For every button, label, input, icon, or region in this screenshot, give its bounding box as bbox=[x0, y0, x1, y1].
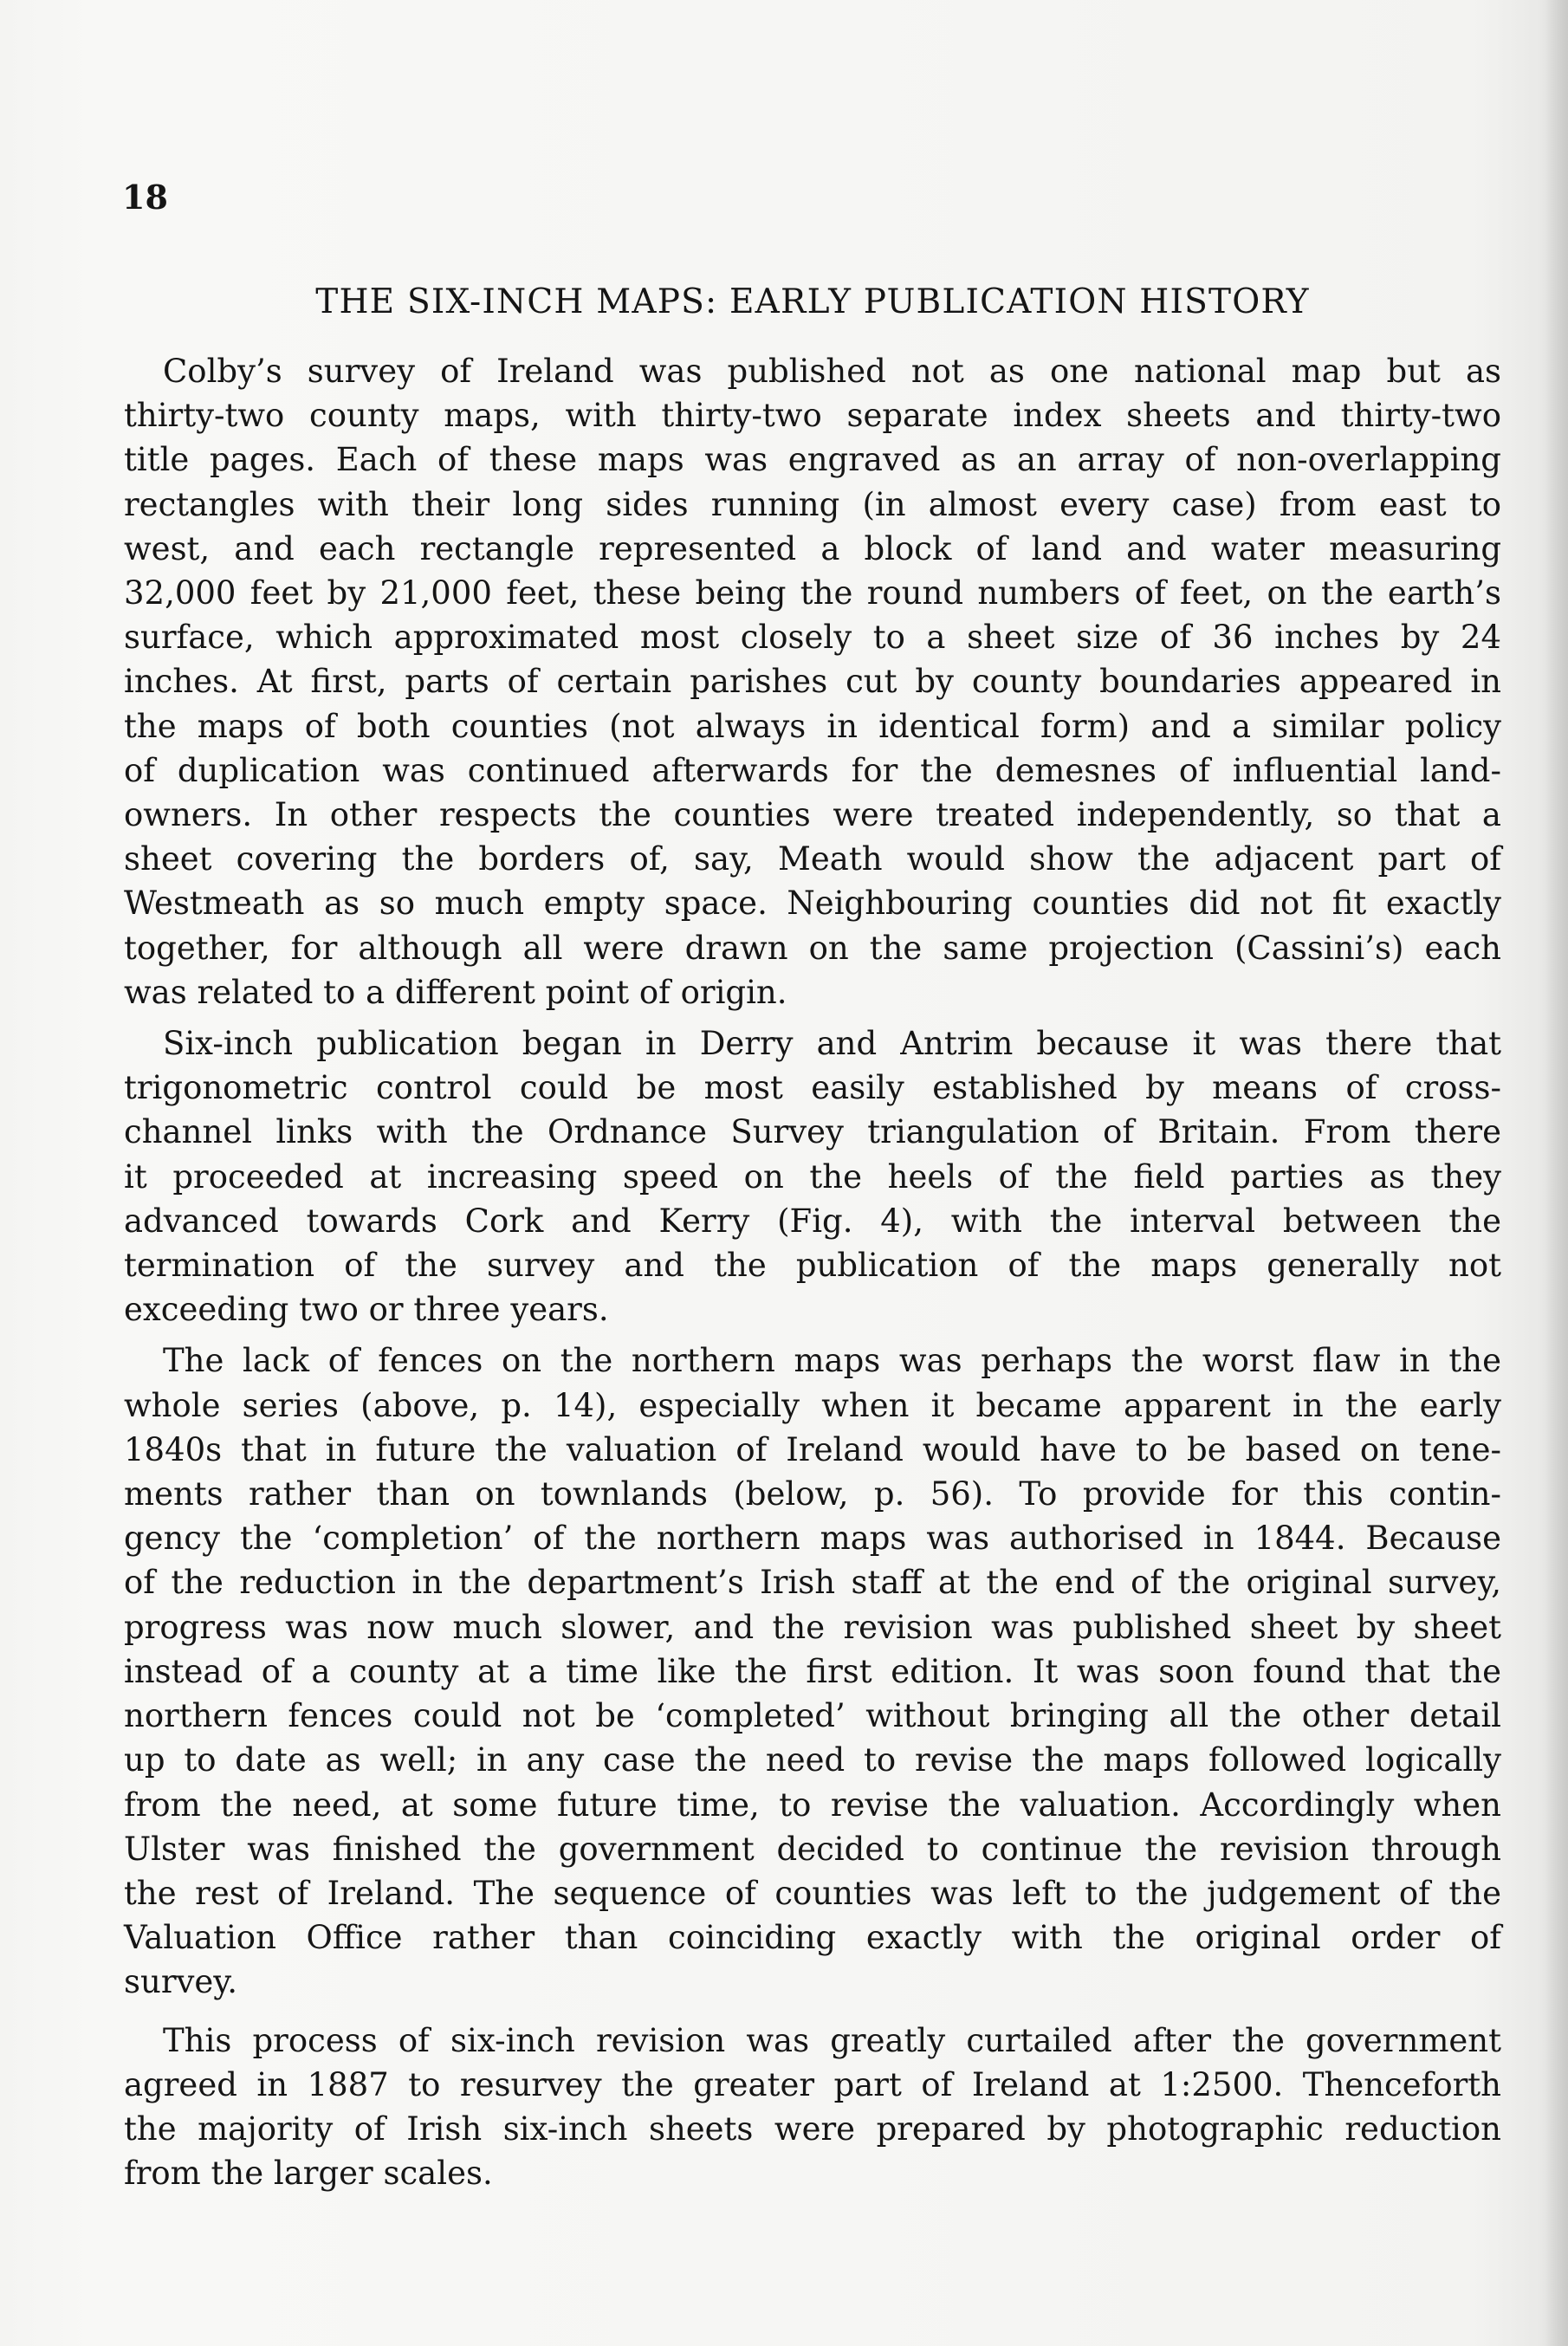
text-line: it proceeded at increasing speed on the … bbox=[124, 1155, 1501, 1199]
text-line: gency the ‘completion’ of the northern m… bbox=[124, 1516, 1501, 1560]
text-line: west, and each rectangle represented a b… bbox=[124, 527, 1501, 571]
text-line: up to date as well; in any case the need… bbox=[124, 1738, 1501, 1782]
text-line: instead of a county at a time like the f… bbox=[124, 1649, 1501, 1694]
text-line: from the need, at some future time, to r… bbox=[124, 1783, 1501, 1827]
text-line: together, for although all were drawn on… bbox=[124, 926, 1501, 970]
text-line: the maps of both counties (not always in… bbox=[124, 704, 1501, 749]
text-line: 32,000 feet by 21,000 feet, these being … bbox=[124, 571, 1501, 615]
body-text: Colby’s survey of Ireland was published … bbox=[124, 349, 1501, 2195]
text-line: thirty-two county maps, with thirty-two … bbox=[124, 393, 1501, 437]
section-heading: THE SIX-INCH MAPS: EARLY PUBLICATION HIS… bbox=[124, 281, 1501, 324]
text-line: sheet covering the borders of, say, Meat… bbox=[124, 837, 1501, 881]
text-line: exceeding two or three years. bbox=[124, 1287, 1501, 1332]
scanned-book-page: 18 THE SIX-INCH MAPS: EARLY PUBLICATION … bbox=[0, 0, 1568, 2346]
text-line: trigonometric control could be most easi… bbox=[124, 1066, 1501, 1110]
text-line: from the larger scales. bbox=[124, 2151, 1501, 2195]
text-line: Six-inch publication began in Derry and … bbox=[124, 1021, 1501, 1066]
text-line: survey. bbox=[124, 1960, 1501, 2004]
paragraph-lack-of-fences: The lack of fences on the northern maps … bbox=[124, 1338, 1501, 2004]
paragraph-revision-curtailed: This process of six-inch revision was gr… bbox=[124, 2019, 1501, 2196]
text-line: the majority of Irish six-inch sheets we… bbox=[124, 2107, 1501, 2151]
page-number: 18 bbox=[122, 178, 168, 217]
text-line: whole series (above, p. 14), especially … bbox=[124, 1384, 1501, 1428]
text-line: 1840s that in future the valuation of Ir… bbox=[124, 1428, 1501, 1472]
text-line: channel links with the Ordnance Survey t… bbox=[124, 1110, 1501, 1154]
text-line: of the reduction in the department’s Iri… bbox=[124, 1560, 1501, 1604]
text-line: owners. In other respects the counties w… bbox=[124, 793, 1501, 837]
text-line: inches. At first, parts of certain paris… bbox=[124, 659, 1501, 703]
text-line: ments rather than on townlands (below, p… bbox=[124, 1472, 1501, 1516]
text-line: of duplication was continued afterwards … bbox=[124, 749, 1501, 793]
text-line: rectangles with their long sides running… bbox=[124, 483, 1501, 527]
text-line: title pages. Each of these maps was engr… bbox=[124, 437, 1501, 482]
text-line: advanced towards Cork and Kerry (Fig. 4)… bbox=[124, 1199, 1501, 1243]
text-line: agreed in 1887 to resurvey the greater p… bbox=[124, 2063, 1501, 2107]
text-line: Colby’s survey of Ireland was published … bbox=[124, 349, 1501, 393]
page-edge-shadow bbox=[1545, 0, 1568, 2346]
paragraph-colby-survey: Colby’s survey of Ireland was published … bbox=[124, 349, 1501, 1014]
text-line: The lack of fences on the northern maps … bbox=[124, 1338, 1501, 1383]
paragraph-six-inch-publication: Six-inch publication began in Derry and … bbox=[124, 1021, 1501, 1332]
text-line: surface, which approximated most closely… bbox=[124, 615, 1501, 659]
text-line: Ulster was finished the government decid… bbox=[124, 1827, 1501, 1871]
text-line: termination of the survey and the public… bbox=[124, 1243, 1501, 1287]
text-line: northern fences could not be ‘completed’… bbox=[124, 1694, 1501, 1738]
text-line: was related to a different point of orig… bbox=[124, 970, 1501, 1014]
text-line: This process of six-inch revision was gr… bbox=[124, 2019, 1501, 2063]
text-line: progress was now much slower, and the re… bbox=[124, 1605, 1501, 1649]
text-line: Valuation Office rather than coinciding … bbox=[124, 1915, 1501, 1960]
text-line: the rest of Ireland. The sequence of cou… bbox=[124, 1871, 1501, 1915]
text-line: Westmeath as so much empty space. Neighb… bbox=[124, 881, 1501, 925]
